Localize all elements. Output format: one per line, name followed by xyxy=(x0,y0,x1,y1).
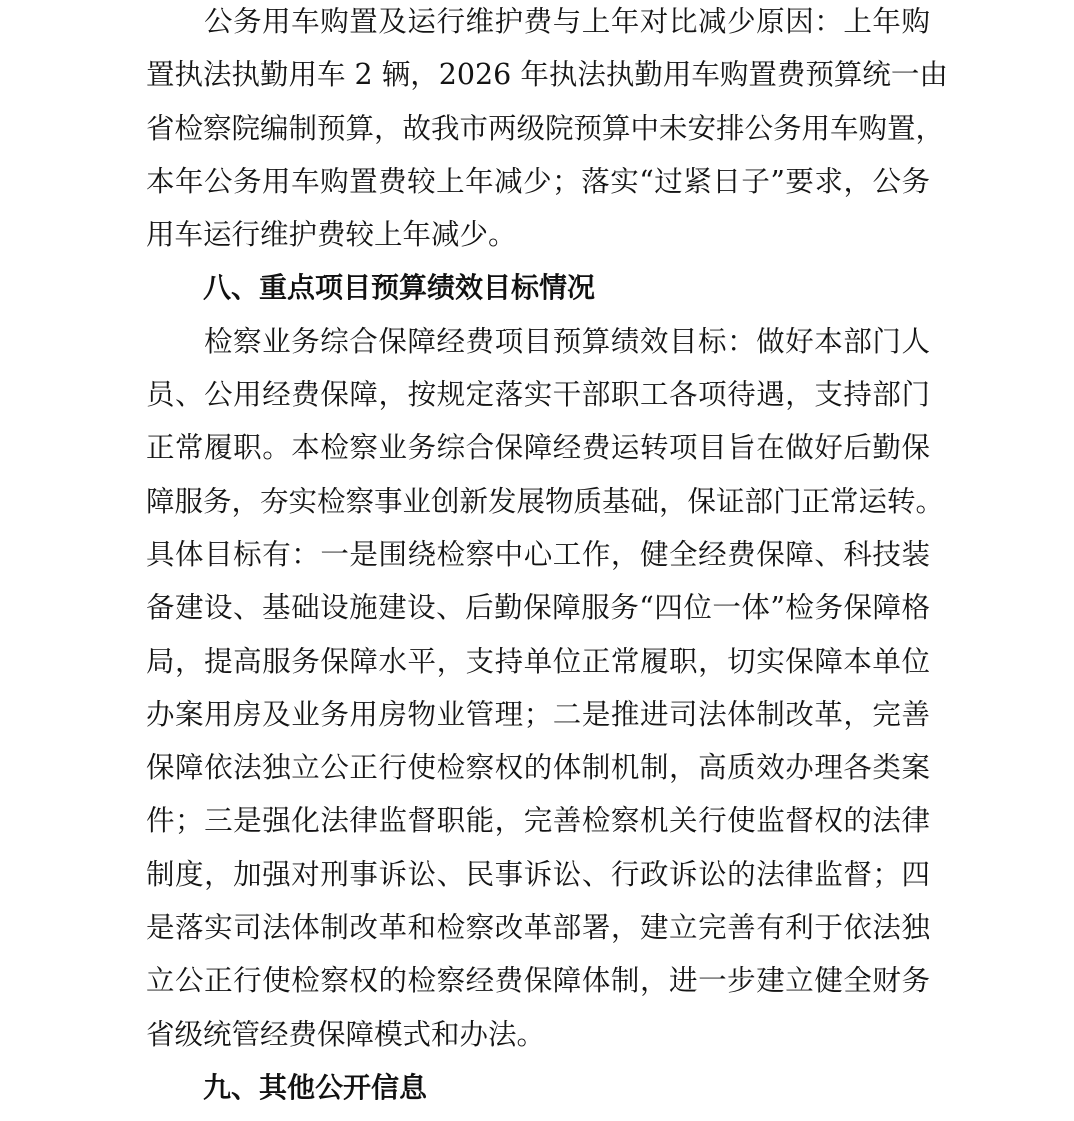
paragraph-line: 置执法执勤用车 2 辆，2026 年执法执勤用车购置费预算统一由 xyxy=(146,48,930,101)
paragraph-line: 省检察院编制预算，故我市两级院预算中未安排公务用车购置， xyxy=(146,102,930,155)
paragraph-line: 检察业务综合保障经费项目预算绩效目标：做好本部门人 xyxy=(146,315,930,368)
paragraph-line: 省级统管经费保障模式和办法。 xyxy=(146,1008,930,1061)
paragraph-line: 保障依法独立公正行使检察权的体制机制，高质效办理各类案 xyxy=(146,741,930,794)
paragraph-line: 本年公务用车购置费较上年减少；落实“过紧日子”要求，公务 xyxy=(146,155,930,208)
paragraph-line: 局，提高服务保障水平，支持单位正常履职，切实保障本单位 xyxy=(146,635,930,688)
document-page: 公务用车购置及运行维护费与上年对比减少原因：上年购 置执法执勤用车 2 辆，20… xyxy=(146,0,930,1114)
paragraph-line: 是落实司法体制改革和检察改革部署，建立完善有利于依法独 xyxy=(146,901,930,954)
paragraph-line: 障服务，夯实检察事业创新发展物质基础，保证部门正常运转。 xyxy=(146,475,930,528)
paragraph-line: 公务用车购置及运行维护费与上年对比减少原因：上年购 xyxy=(146,0,930,48)
section-heading-8: 八、重点项目预算绩效目标情况 xyxy=(146,261,930,314)
paragraph-line: 办案用房及业务用房物业管理；二是推进司法体制改革，完善 xyxy=(146,688,930,741)
paragraph-line: 具体目标有：一是围绕检察中心工作，健全经费保障、科技装 xyxy=(146,528,930,581)
paragraph-line: 制度，加强对刑事诉讼、民事诉讼、行政诉讼的法律监督；四 xyxy=(146,848,930,901)
paragraph-line: 正常履职。本检察业务综合保障经费运转项目旨在做好后勤保 xyxy=(146,421,930,474)
paragraph-line: 用车运行维护费较上年减少。 xyxy=(146,208,930,261)
paragraph-performance-goals: 检察业务综合保障经费项目预算绩效目标：做好本部门人 员、公用经费保障，按规定落实… xyxy=(146,315,930,1061)
paragraph-vehicle-cost-reason: 公务用车购置及运行维护费与上年对比减少原因：上年购 置执法执勤用车 2 辆，20… xyxy=(146,0,930,261)
paragraph-line: 备建设、基础设施建设、后勤保障服务“四位一体”检务保障格 xyxy=(146,581,930,634)
paragraph-line: 件；三是强化法律监督职能，完善检察机关行使监督权的法律 xyxy=(146,794,930,847)
section-heading-9: 九、其他公开信息 xyxy=(146,1061,930,1114)
paragraph-line: 立公正行使检察权的检察经费保障体制，进一步建立健全财务 xyxy=(146,954,930,1007)
paragraph-line: 员、公用经费保障，按规定落实干部职工各项待遇，支持部门 xyxy=(146,368,930,421)
